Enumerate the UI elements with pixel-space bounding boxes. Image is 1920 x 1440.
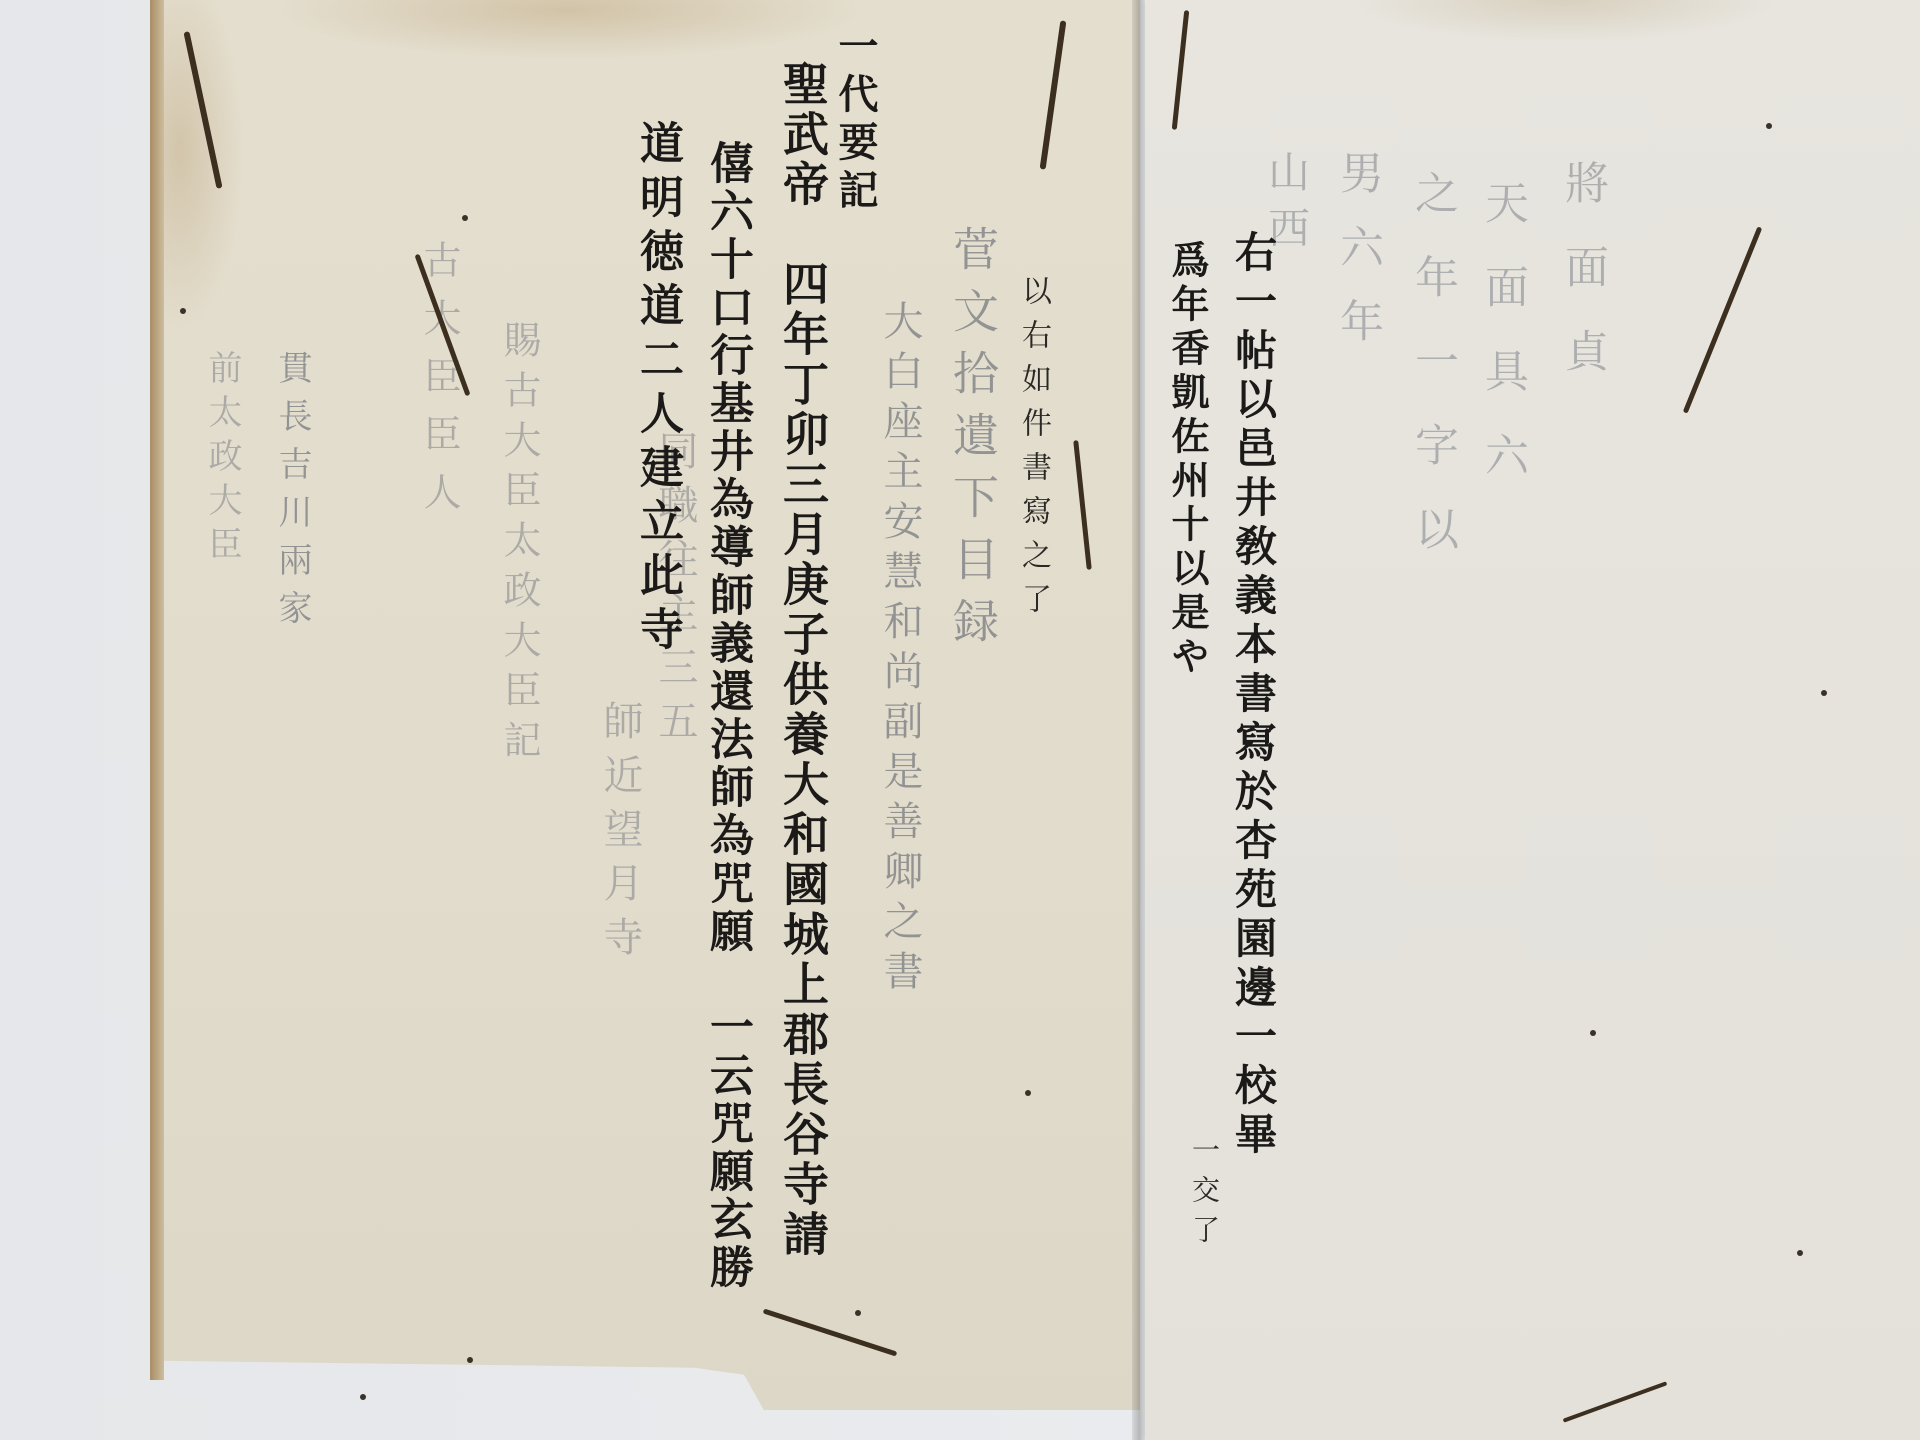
worm-hole bbox=[467, 1357, 473, 1363]
left-ghost-column-2: 師近望月寺 bbox=[600, 700, 640, 970]
right-ghost-column-5: 將面貞 bbox=[1560, 160, 1604, 412]
colophon-column-2: 爲年香凱佐州十以是や bbox=[1168, 240, 1206, 680]
worm-hole bbox=[1025, 1090, 1031, 1096]
worm-hole bbox=[1590, 1030, 1596, 1036]
right-ghost-column-2: 男六年 bbox=[1335, 150, 1379, 372]
worm-hole bbox=[360, 1394, 366, 1400]
worm-hole bbox=[1766, 123, 1772, 129]
light-column-subtitle: 大白座主安慧和尚副是善卿之書 bbox=[880, 300, 920, 1000]
colophon-column-1: 右一帖以邑井敎義本書寫於杏苑園邊一校畢 bbox=[1232, 230, 1274, 1161]
worm-hole bbox=[1821, 690, 1827, 696]
right-ghost-column-4: 天面具六 bbox=[1480, 180, 1524, 516]
worm-hole bbox=[462, 215, 468, 221]
worm-hole bbox=[180, 308, 186, 314]
annotation-column: 以右如件書寫之了 bbox=[1018, 275, 1048, 627]
worm-hole bbox=[1797, 1250, 1803, 1256]
left-page-spine-edge bbox=[150, 0, 164, 1380]
signature-mark: 一交了 bbox=[1190, 1135, 1218, 1255]
left-ghost-column-3: 賜古大臣太政大臣記 bbox=[500, 320, 538, 770]
worm-hole bbox=[855, 1310, 861, 1316]
main-column-heading: 一代要記 bbox=[835, 25, 875, 217]
main-column-2: 僖六十口行基井為導師義還法師為咒願 一云咒願玄勝 bbox=[705, 140, 749, 1292]
main-column-1: 聖武帝 四年丁卯三月庚子供養大和國城上郡長谷寺請 bbox=[780, 60, 826, 1260]
left-ghost-column-5: 貫長吉川兩家 bbox=[275, 350, 309, 638]
light-column-title: 菅文拾遺下目録 bbox=[950, 225, 996, 659]
left-ghost-column-6: 前太政大臣 bbox=[205, 350, 239, 570]
right-ghost-column-3: 之年一字以 bbox=[1410, 170, 1454, 590]
main-column-3: 道明徳道二人建立此寺 bbox=[635, 120, 679, 660]
